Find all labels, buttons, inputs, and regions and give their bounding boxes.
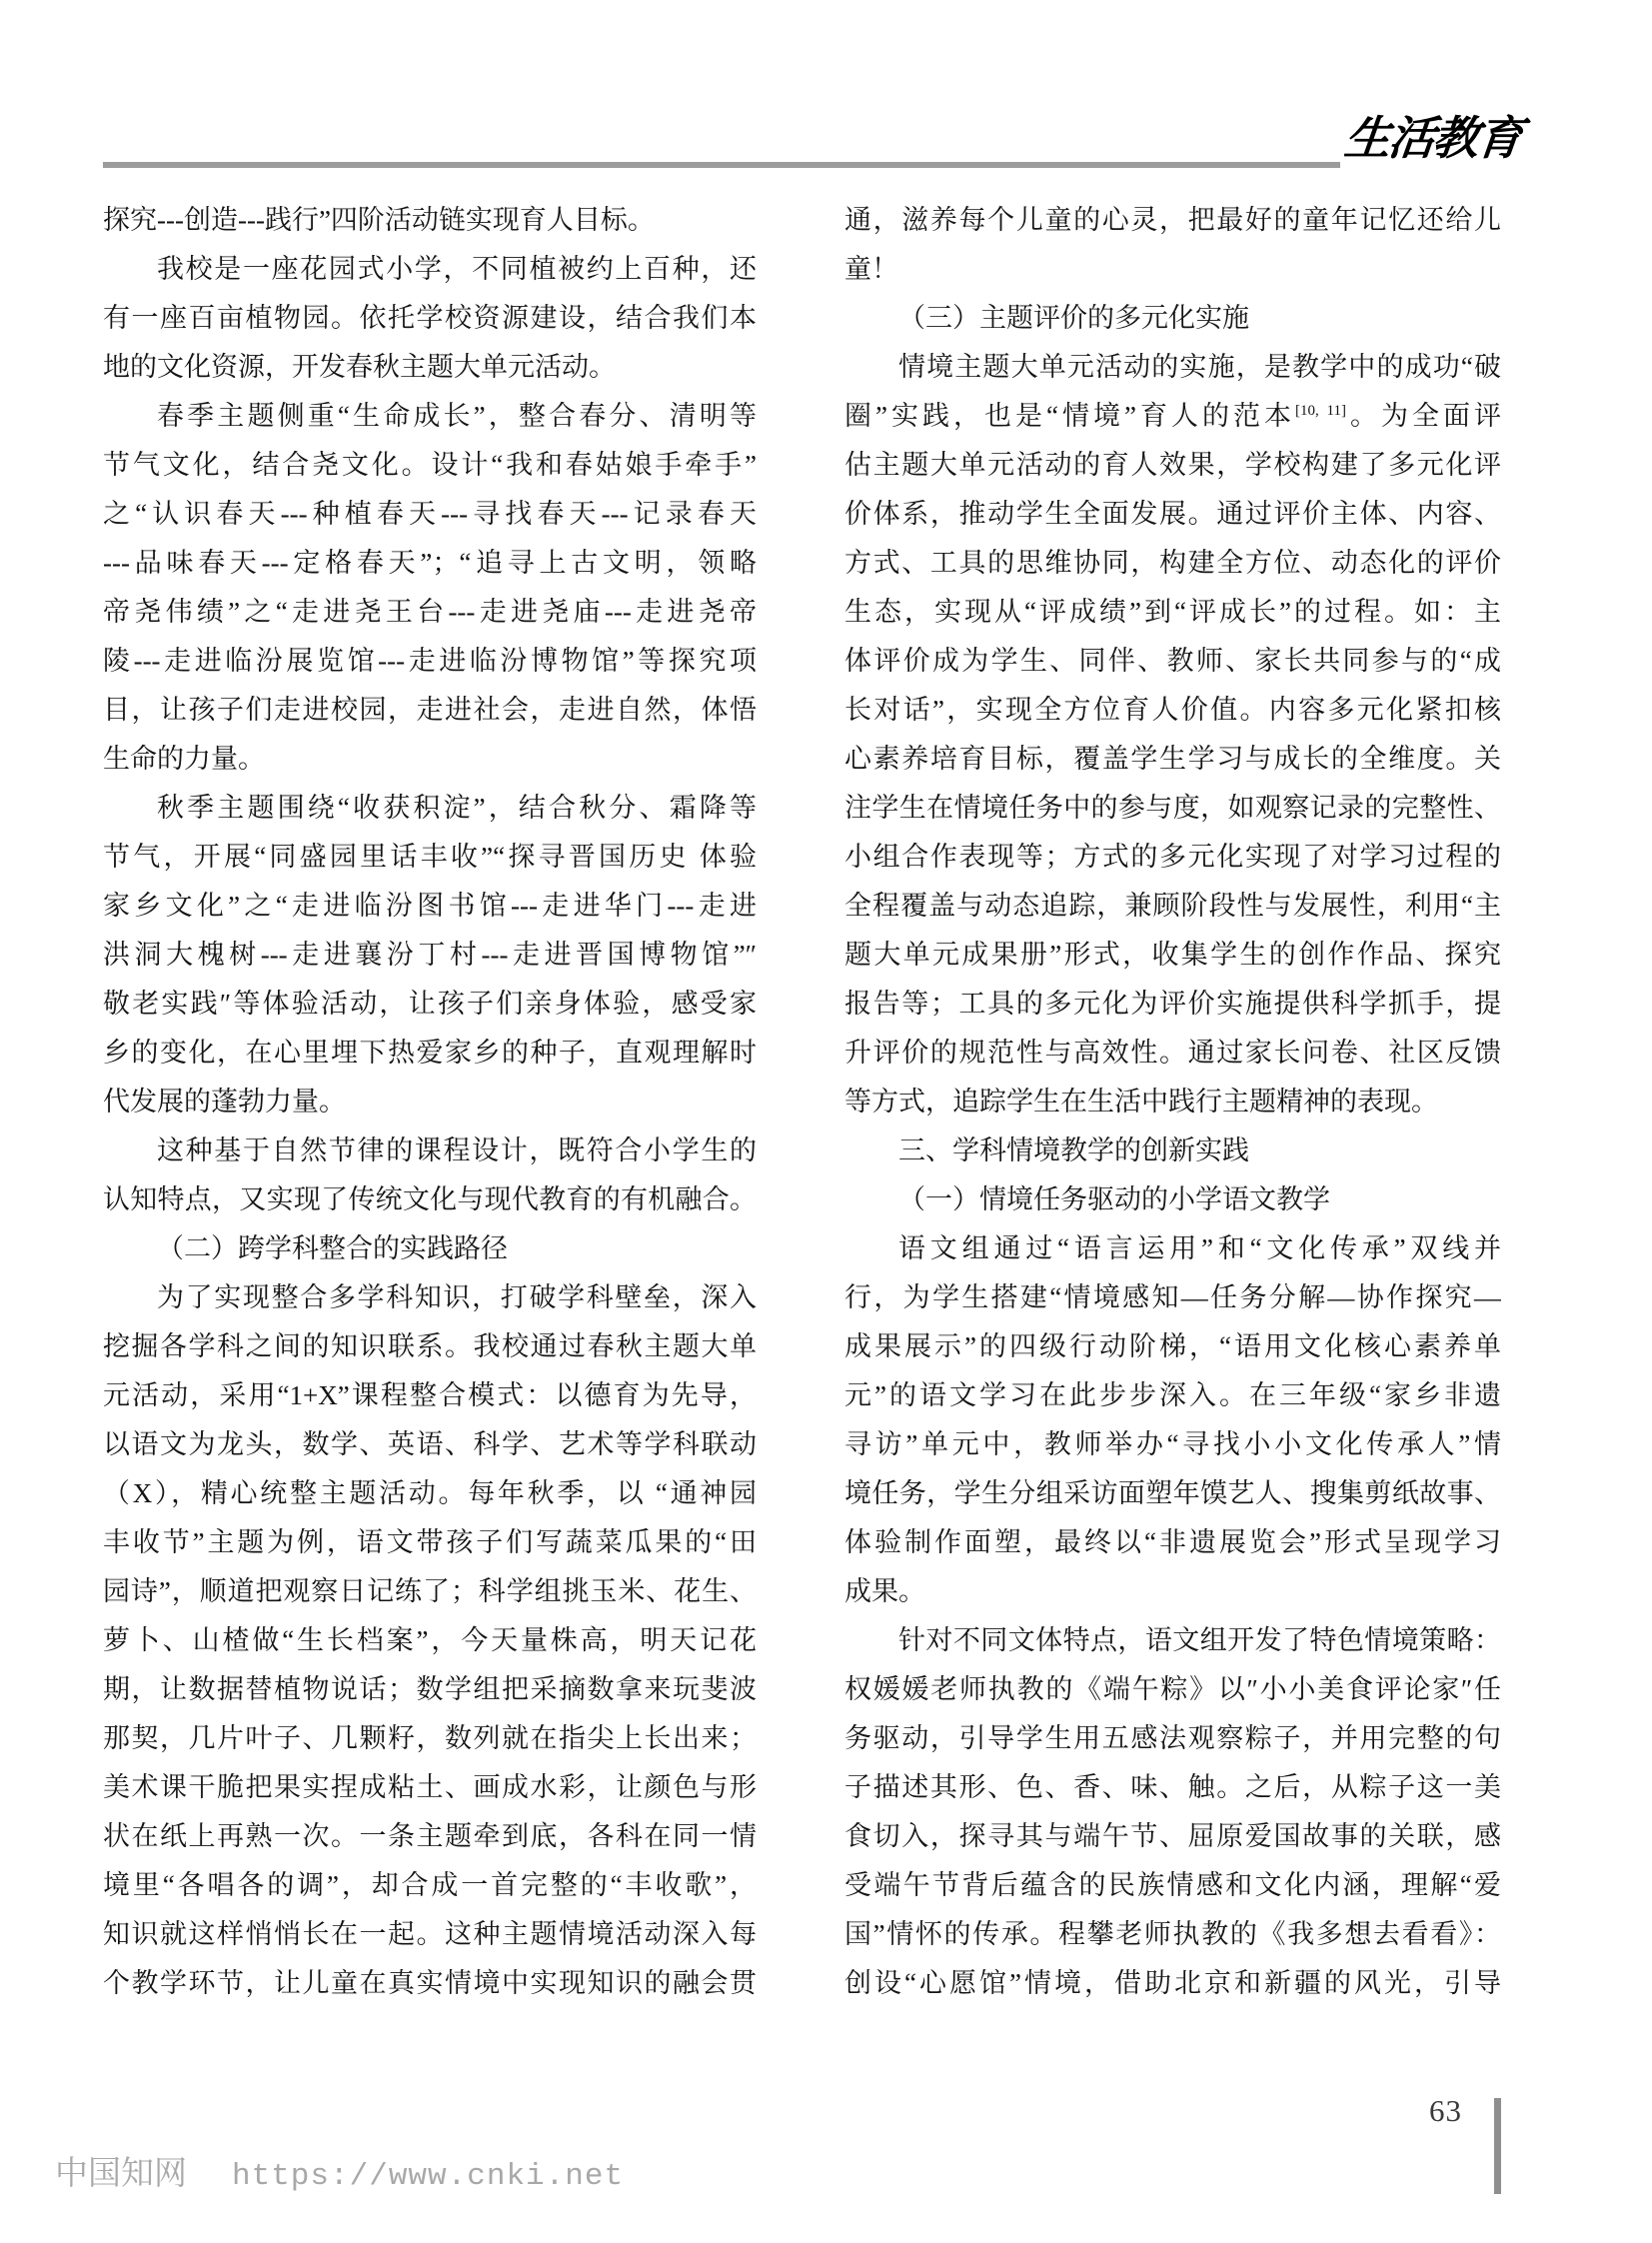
text-line: 地的文化资源，开发春秋主题大单元活动。 [103,343,757,392]
text-line: 创设“心愿馆”情境，借助北京和新疆的风光，引导 [844,1959,1501,2008]
text-line: 节气文化，结合尧文化。设计“我和春姑娘手牵手” [103,441,757,490]
text-line: 注学生在情境任务中的参与度，如观察记录的完整性、 [844,784,1501,833]
text-line: 洪洞大槐树---走进襄汾丁村---走进晋国博物馆”″ [103,931,757,980]
text-line: 小组合作表现等；方式的多元化实现了对学习过程的 [844,833,1501,882]
text-line: 之“认识春天---种植春天---寻找春天---记录春天 [103,490,757,539]
text-line: 境里“各唱各的调”，却合成一首完整的“丰收歌”， [103,1861,757,1910]
text-line: 三、学科情境教学的创新实践 [844,1126,1501,1175]
text-line: 元”的语文学习在此步步深入。在三年级“家乡非遗 [844,1371,1501,1420]
text-line: 体评价成为学生、同伴、教师、家长共同参与的“成 [844,637,1501,686]
text-line: 升评价的规范性与高效性。通过家长问卷、社区反馈 [844,1029,1501,1078]
text-line: 认知特点，又实现了传统文化与现代教育的有机融合。 [103,1175,757,1224]
text-line: 萝卜、山楂做“生长档案”，今天量株高，明天记花 [103,1616,757,1665]
text-line: 状在纸上再熟一次。一条主题牵到底，各科在同一情 [103,1812,757,1861]
text-line: 代发展的蓬勃力量。 [103,1078,757,1126]
text-line: 陵---走进临汾展览馆---走进临汾博物馆”等探究项 [103,637,757,686]
text-line: 帝尧伟绩”之“走进尧王台---走进尧庙---走进尧帝 [103,588,757,637]
text-line: 成果展示”的四级行动阶梯，“语用文化核心素养单 [844,1322,1501,1371]
text-line: 等方式，追踪学生在生活中践行主题精神的表现。 [844,1078,1501,1126]
text-line: 知识就这样悄悄长在一起。这种主题情境活动深入每 [103,1910,757,1959]
text-line: 为了实现整合多学科知识，打破学科壁垒，深入 [103,1273,757,1322]
text-line: 秋季主题围绕“收获积淀”，结合秋分、霜降等 [103,784,757,833]
text-line: 个教学环节，让儿童在真实情境中实现知识的融会贯 [103,1959,757,2008]
citation-superscript: [10, 11] [1295,403,1346,419]
text-line: 行，为学生搭建“情境感知—任务分解—协作探究— [844,1273,1501,1322]
text-line: （三）主题评价的多元化实施 [844,294,1501,343]
header-rule [103,162,1340,168]
text-line: 境任务，学生分组采访面塑年馍艺人、搜集剪纸故事、 [844,1469,1501,1518]
text-line: 心素养培育目标，覆盖学生学习与成长的全维度。关 [844,735,1501,784]
text-line: 探究---创造---践行”四阶活动链实现育人目标。 [103,196,757,245]
text-line: 元活动，采用“1+X”课程整合模式：以德育为先导， [103,1371,757,1420]
text-line: 那契，几片叶子、几颗籽，数列就在指尖上长出来； [103,1714,757,1763]
text-line: 报告等；工具的多元化为评价实施提供科学抓手，提 [844,980,1501,1029]
text-line: 以语文为龙头，数学、英语、科学、艺术等学科联动 [103,1420,757,1469]
text-line: 全程覆盖与动态追踪，兼顾阶段性与发展性，利用“主 [844,882,1501,931]
text-line: 我校是一座花园式小学，不同植被约上百种，还 [103,245,757,294]
text-line: 方式、工具的思维协同，构建全方位、动态化的评价 [844,539,1501,588]
text-line: ---品味春天---定格春天”；“追寻上古文明，领略 [103,539,757,588]
text-line: （二）跨学科整合的实践路径 [103,1224,757,1273]
text-line: 童！ [844,245,1501,294]
text-line: 针对不同文体特点，语文组开发了特色情境策略： [844,1616,1501,1665]
text-line: 美术课干脆把果实捏成粘土、画成水彩，让颜色与形 [103,1763,757,1812]
text-line: 体验制作面塑，最终以“非遗展览会”形式呈现学习 [844,1518,1501,1567]
text-line: 期，让数据替植物说话；数学组把采摘数拿来玩斐波 [103,1665,757,1714]
text-line: 生命的力量。 [103,735,757,784]
text-line: 园诗”，顺道把观察日记练了；科学组挑玉米、花生、 [103,1567,757,1616]
text-line: 题大单元成果册”形式，收集学生的创作作品、探究 [844,931,1501,980]
journal-logo: 生活教育 [1342,102,1525,168]
text-line: 受端午节背后蕴含的民族情感和文化内涵，理解“爱 [844,1861,1501,1910]
text-line: 敬老实践″等体验活动，让孩子们亲身体验，感受家 [103,980,757,1029]
text-line: 节气，开展“同盛园里话丰收”“探寻晋国历史 体验 [103,833,757,882]
page-number-bar [1494,2098,1501,2194]
text-line: 权媛媛老师执教的《端午粽》以″小小美食评论家″任 [844,1665,1501,1714]
text-line: 有一座百亩植物园。依托学校资源建设，结合我们本 [103,294,757,343]
text-line: 国”情怀的传承。程攀老师执教的《我多想去看看》： [844,1910,1501,1959]
text-line: 估主题大单元活动的育人效果，学校构建了多元化评 [844,441,1501,490]
text-line: 寻访”单元中，教师举办“寻找小小文化传承人”情 [844,1420,1501,1469]
cnki-watermark: 中国知网https://www.cnki.net [55,2147,624,2194]
text-line: 这种基于自然节律的课程设计，既符合小学生的 [103,1126,757,1175]
text-column-right: 通，滋养每个儿童的心灵，把最好的童年记忆还给儿童！（三）主题评价的多元化实施情境… [844,196,1501,2008]
text-line: 家乡文化”之“走进临汾图书馆---走进华门---走进 [103,882,757,931]
cnki-url: https://www.cnki.net [232,2159,624,2194]
text-column-left: 探究---创造---践行”四阶活动链实现育人目标。我校是一座花园式小学，不同植被… [103,196,757,2008]
text-line: 乡的变化，在心里埋下热爱家乡的种子，直观理解时 [103,1029,757,1078]
text-line: 春季主题侧重“生命成长”，整合春分、清明等 [103,392,757,441]
text-line: 丰收节”主题为例，语文带孩子们写蔬菜瓜果的“田 [103,1518,757,1567]
text-line: 子描述其形、色、香、味、触。之后，从粽子这一美 [844,1763,1501,1812]
text-line: 挖掘各学科之间的知识联系。我校通过春秋主题大单 [103,1322,757,1371]
text-line: 价体系，推动学生全面发展。通过评价主体、内容、 [844,490,1501,539]
text-line: 成果。 [844,1567,1501,1616]
text-line: 语文组通过“语言运用”和“文化传承”双线并 [844,1224,1501,1273]
text-line: 目，让孩子们走进校园，走进社会，走进自然，体悟 [103,686,757,735]
text-line: 务驱动，引导学生用五感法观察粽子，并用完整的句 [844,1714,1501,1763]
page-number: 63 [1429,2093,1462,2129]
cnki-site-name: 中国知网 [55,2156,187,2192]
text-line: 圈”实践，也是“情境”育人的范本[10, 11]。为全面评 [844,392,1501,441]
text-line: （X），精心统整主题活动。每年秋季，以 “通神园 [103,1469,757,1518]
text-line: 情境主题大单元活动的实施，是教学中的成功“破 [844,343,1501,392]
text-line: 生态，实现从“评成绩”到“评成长”的过程。如：主 [844,588,1501,637]
text-line: 通，滋养每个儿童的心灵，把最好的童年记忆还给儿 [844,196,1501,245]
text-line: 食切入，探寻其与端午节、屈原爱国故事的关联，感 [844,1812,1501,1861]
text-line: （一）情境任务驱动的小学语文教学 [844,1175,1501,1224]
text-line: 长对话”，实现全方位育人价值。内容多元化紧扣核 [844,686,1501,735]
